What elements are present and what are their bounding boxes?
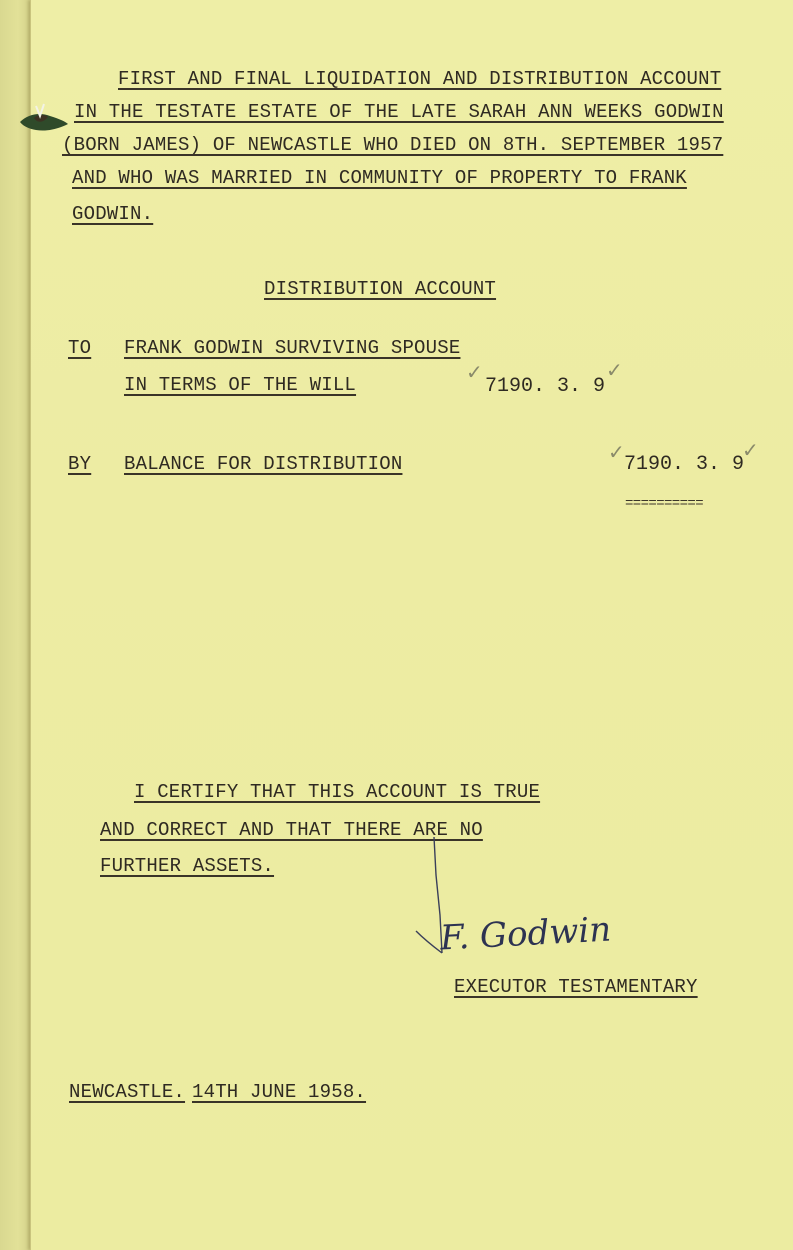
section-heading: DISTRIBUTION ACCOUNT xyxy=(264,278,496,300)
check-mark-icon: ✓ xyxy=(742,440,759,460)
title-line-2: IN THE TESTATE ESTATE OF THE LATE SARAH … xyxy=(74,101,724,123)
entry-to-prefix: TO xyxy=(68,337,91,359)
certification-line-3: FURTHER ASSETS. xyxy=(100,855,274,877)
title-line-3: (BORN JAMES) OF NEWCASTLE WHO DIED ON 8T… xyxy=(62,134,723,156)
certification-line-1: I CERTIFY THAT THIS ACCOUNT IS TRUE xyxy=(134,781,540,803)
check-mark-icon: ✓ xyxy=(466,362,483,382)
entry-by-description: BALANCE FOR DISTRIBUTION xyxy=(124,453,402,475)
binding-tag-icon xyxy=(14,100,68,146)
entry-to-description-line-2: IN TERMS OF THE WILL xyxy=(124,374,356,396)
entry-to-amount: 7190. 3. 9 xyxy=(485,376,605,398)
signatory-title: EXECUTOR TESTAMENTARY xyxy=(454,976,698,998)
check-mark-icon: ✓ xyxy=(608,442,625,462)
title-line-1: FIRST AND FINAL LIQUIDATION AND DISTRIBU… xyxy=(118,68,721,90)
date: 14TH JUNE 1958. xyxy=(192,1081,366,1103)
underlying-page-edge xyxy=(0,0,30,1250)
entry-by-amount: 7190. 3. 9 xyxy=(624,454,744,476)
page-fold xyxy=(30,0,31,1250)
place: NEWCASTLE. xyxy=(69,1081,185,1103)
entry-to-description-line-1: FRANK GODWIN SURVIVING SPOUSE xyxy=(124,337,460,359)
title-line-5: GODWIN. xyxy=(72,203,153,225)
entry-by-prefix: BY xyxy=(68,453,91,475)
check-mark-icon: ✓ xyxy=(606,360,623,380)
title-line-4: AND WHO WAS MARRIED IN COMMUNITY OF PROP… xyxy=(72,167,687,189)
total-double-rule: ========== xyxy=(625,497,703,511)
